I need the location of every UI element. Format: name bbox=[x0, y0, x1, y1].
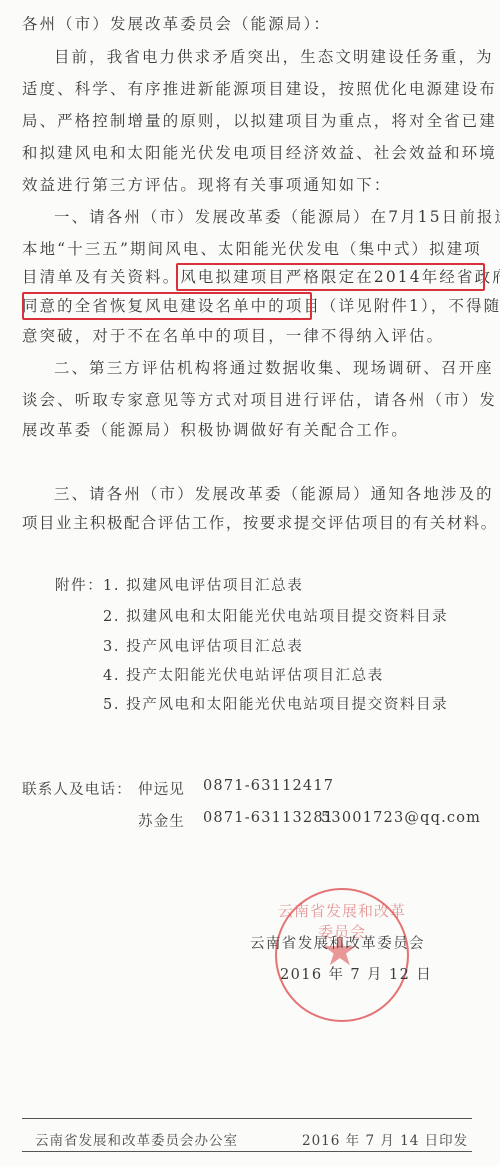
highlight-box-1 bbox=[176, 263, 485, 291]
item2-line-1: 二、第三方评估机构将通过数据收集、现场调研、召开座 bbox=[54, 358, 494, 378]
contacts-label: 联系人及电话： bbox=[22, 778, 132, 799]
item2-line-2: 谈会、听取专家意见等方式对项目进行评估，请各州（市）发 bbox=[22, 390, 497, 410]
item1-line-3-pre: 目清单及有关资料。 bbox=[22, 268, 180, 286]
intro-line-2: 适度、科学、有序推进新能源项目建设，按照优化电源建设布 bbox=[22, 79, 497, 99]
contact-2-email: 53001723@qq.com bbox=[321, 810, 481, 826]
item1-line-4-post: （详见附件1），不得随 bbox=[321, 297, 500, 315]
footer-issuer: 云南省发展和改革委员会办公室 bbox=[35, 1129, 238, 1149]
attachment-item-3: 3. 投产风电评估项目汇总表 bbox=[103, 635, 303, 656]
official-seal: 云南省发展和改革委员会 ★ bbox=[275, 888, 409, 1022]
attachment-item-2: 2. 拟建风电和太阳能光伏电站项目提交资料目录 bbox=[103, 605, 448, 626]
intro-line-3: 局、严格控制增量的原则，以拟建项目为重点，将对全省已建 bbox=[22, 111, 497, 131]
footer-rule-top bbox=[22, 1118, 472, 1119]
attachment-item-1: 1. 拟建风电评估项目汇总表 bbox=[103, 574, 303, 595]
contact-2-phone: 0871-63113281 bbox=[203, 810, 334, 826]
item1-line-5: 意突破，对于不在名单中的项目，一律不得纳入评估。 bbox=[22, 326, 444, 346]
footer-print-date: 2016 年 7 月 14 日印发 bbox=[302, 1129, 468, 1149]
highlight-box-2 bbox=[22, 292, 312, 320]
intro-line-1: 目前，我省电力供求矛盾突出，生态文明建设任务重，为 bbox=[54, 47, 494, 67]
item3-line-1: 三、请各州（市）发展改革委（能源局）通知各地涉及的 bbox=[54, 484, 494, 504]
signature-date: 2016 年 7 月 12 日 bbox=[280, 963, 432, 984]
contact-2-name: 苏金生 bbox=[138, 810, 185, 831]
item2-line-3: 展改革委（能源局）积极协调做好有关配合工作。 bbox=[22, 420, 409, 440]
item1-line-1: 一、请各州（市）发展改革委（能源局）在7月15日前报送 bbox=[54, 207, 500, 227]
footer-rule-bottom bbox=[22, 1151, 472, 1152]
contact-1-phone: 0871-63112417 bbox=[203, 778, 334, 794]
attachment-item-5: 5. 投产风电和太阳能光伏电站项目提交资料目录 bbox=[103, 693, 448, 714]
item3-line-2: 项目业主积极配合评估工作，按要求提交评估项目的有关材料。 bbox=[22, 513, 498, 533]
attachment-item-4: 4. 投产太阳能光伏电站评估项目汇总表 bbox=[103, 664, 384, 685]
contact-1-name: 仲远见 bbox=[138, 778, 185, 799]
signature-org: 云南省发展和改革委员会 bbox=[250, 932, 425, 953]
salutation: 各州（市）发展改革委员会（能源局）： bbox=[22, 14, 331, 34]
intro-line-4: 和拟建风电和太阳能光伏发电项目经济效益、社会效益和环境 bbox=[22, 143, 497, 163]
intro-line-5: 效益进行第三方评估。现将有关事项通知如下： bbox=[22, 175, 391, 195]
item1-line-2: 本地“十三五”期间风电、太阳能光伏发电（集中式）拟建项 bbox=[22, 239, 482, 259]
attachments-label: 附件： bbox=[55, 574, 103, 595]
